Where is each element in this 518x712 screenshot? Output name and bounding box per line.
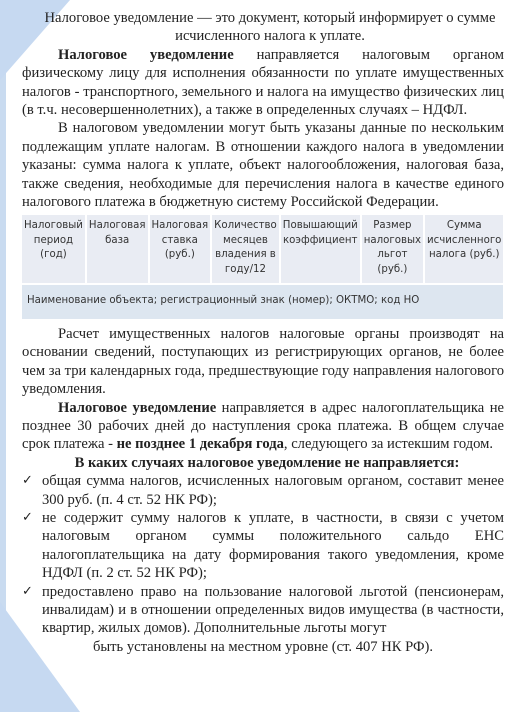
table-row: Наименование объекта; регистрационный зн… — [22, 283, 503, 319]
list-item: ✓ предоставлено право на пользование нал… — [22, 583, 504, 638]
heading-text: В каких случаях налоговое уведомление не… — [75, 455, 460, 471]
bold-deadline: не позднее 1 декабря года — [117, 436, 284, 452]
bold-term: Налоговое уведомление — [58, 47, 234, 63]
section-heading: В каких случаях налоговое уведомление не… — [22, 454, 504, 472]
cases-list: ✓ общая сумма налогов, исчисленных налог… — [22, 472, 504, 638]
notice-table: Налоговый период (год) Налоговая база На… — [20, 215, 505, 319]
table-header-cell: Налоговый период (год) — [22, 215, 85, 283]
table-object-cell: Наименование объекта; регистрационный зн… — [22, 283, 503, 319]
checkmark-icon: ✓ — [22, 583, 33, 601]
bold-term: Налоговое уведомление — [58, 400, 216, 416]
paragraph-calculation: Расчет имущественных налогов налоговые о… — [22, 325, 504, 399]
paragraph-text: , следующего за истекшим годом. — [284, 436, 493, 452]
list-item: ✓ общая сумма налогов, исчисленных налог… — [22, 472, 504, 509]
table-header-row: Налоговый период (год) Налоговая база На… — [22, 215, 503, 283]
paragraph-deadline: Налоговое уведомление направляется в адр… — [22, 399, 504, 454]
list-item-text: не содержит сумму налогов к уплате, в ча… — [42, 510, 504, 581]
checkmark-icon: ✓ — [22, 509, 33, 527]
list-item-text: общая сумма налогов, исчисленных налогов… — [42, 473, 504, 507]
table-header-cell: Налоговая база — [87, 215, 148, 283]
paragraph-contents: В налоговом уведомлении могут быть указа… — [22, 119, 504, 211]
list-item-continuation: быть установлены на местном уровне (ст. … — [22, 638, 504, 656]
paragraph-sending: Налоговое уведомление направляется налог… — [22, 46, 504, 120]
table-header-cell: Количество месяцев владения в году/12 — [212, 215, 279, 283]
list-item-text: предоставлено право на пользование налог… — [42, 584, 504, 637]
table-header-cell: Размер налоговых льгот (руб.) — [362, 215, 423, 283]
checkmark-icon: ✓ — [22, 472, 33, 490]
list-item: ✓ не содержит сумму налогов к уплате, в … — [22, 509, 504, 583]
table-header-cell: Сумма исчисленного налога (руб.) — [425, 215, 503, 283]
table-header-cell: Налоговая ставка (руб.) — [150, 215, 211, 283]
document-page: Налоговое уведомление — это документ, ко… — [22, 9, 504, 656]
table-header-cell: Повышающий коэффициент — [281, 215, 360, 283]
intro-text: Налоговое уведомление — это документ, ко… — [22, 9, 504, 46]
